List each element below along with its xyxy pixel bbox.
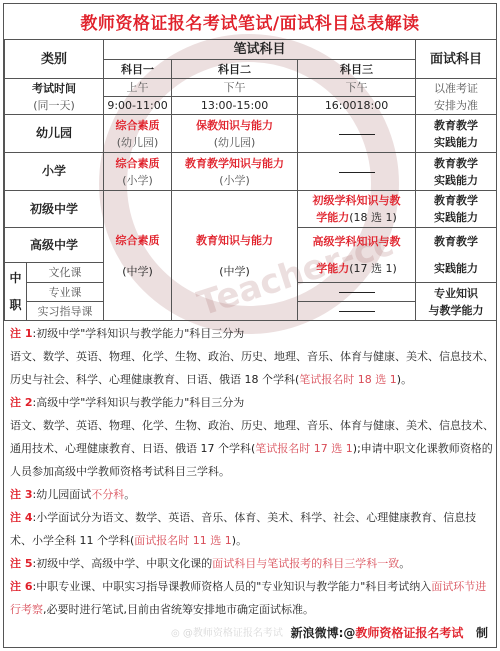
- s3-time: 16:0018:00: [298, 97, 416, 115]
- middle-s1: 综合素质 (中学): [104, 191, 172, 321]
- note-1-body: 语文、数学、英语、物理、化学、生物、政治、历史、地理、音乐、体育与健康、美术、信…: [10, 345, 494, 391]
- kindergarten-s1-sub: (幼儿园): [104, 134, 171, 151]
- note-3: 注 3:幼儿园面试不分科。: [10, 483, 494, 506]
- middle-s2-name: 教育知识与能力: [172, 232, 297, 249]
- vocational-practice-s3: [298, 302, 416, 321]
- note-5-after: 。: [399, 557, 410, 570]
- note-2: 注 2:高级中学"学科知识与教学能力"科目三分为: [10, 391, 494, 414]
- note-2-body: 语文、数学、英语、物理、化学、生物、政治、历史、地理、音乐、体育与健康、美术、信…: [10, 414, 494, 483]
- vocational-label-top: 中: [5, 270, 26, 287]
- interview-time-line2: 安排为准: [416, 97, 496, 114]
- note-5-red: 面试科目与笔试报考的科目三学科一致: [212, 557, 399, 570]
- header-subject3: 科目三: [298, 60, 416, 79]
- primary-s1: 综合素质 (小学): [104, 153, 172, 191]
- primary-s3: [298, 153, 416, 191]
- kindergarten-interview-line1: 教育教学: [416, 117, 496, 134]
- note-1-text2: 语文、数学、英语、物理、化学、生物、政治、历史、地理、音乐、体育与健康、美术、信…: [10, 350, 494, 386]
- header-category: 类别: [5, 40, 104, 79]
- vocational-interview-line1: 专业知识: [416, 285, 496, 302]
- s2-period: 下午: [172, 79, 298, 97]
- header-subject1: 科目一: [104, 60, 172, 79]
- header-interview: 面试科目: [416, 40, 497, 79]
- senior-s3-line1: 高级学科知识与教: [298, 233, 415, 250]
- senior-middle-label: 高级中学: [5, 228, 104, 263]
- note-3-red: 不分科: [91, 488, 124, 501]
- note-2-red: 笔试报名时 17 选 1: [255, 442, 353, 455]
- table-row-primary: 小学 综合素质 (小学) 教育教学知识与能力 (小学) 教育教学 实践能力: [5, 153, 497, 191]
- kindergarten-interview-line2: 实践能力: [416, 134, 496, 151]
- vocational-professional: 专业课: [27, 283, 104, 302]
- kindergarten-s1-name: 综合素质: [104, 117, 171, 134]
- middle-s1-sub: (中学): [104, 263, 171, 280]
- s2-time: 13:00-15:00: [172, 97, 298, 115]
- time-label-cell: 考试时间 (同一天): [5, 79, 104, 115]
- dash-none: [339, 134, 375, 135]
- header-written-group: 笔试科目: [104, 40, 416, 60]
- vocational-culture: 文化课: [27, 263, 104, 283]
- credit-account: 教师资格证报名考试: [355, 626, 463, 640]
- notes-section: 注 1:初级中学"学科知识与教学能力"科目三分为 语文、数学、英语、物理、化学、…: [10, 322, 494, 621]
- kindergarten-s2-sub: (幼儿园): [172, 134, 297, 151]
- note-1-text: :初级中学"学科知识与教学能力"科目三分为: [32, 327, 244, 340]
- s3-period: 下午: [298, 79, 416, 97]
- senior-middle-s3: 高级学科知识与教 学能力(17 选 1): [298, 228, 416, 283]
- vocational-label: 中 职: [5, 263, 27, 321]
- credit-line: 新浪微博:@教师资格证报名考试 制: [291, 624, 488, 641]
- vocational-label-bottom: 职: [5, 297, 26, 314]
- note-1-after: )。: [397, 373, 412, 386]
- note-3-text: :幼儿园面试: [32, 488, 91, 501]
- junior-middle-interview: 教育教学 实践能力: [416, 191, 497, 228]
- middle-s2: 教育知识与能力 (中学): [172, 191, 298, 321]
- note-5: 注 5:初级中学、高级中学、中职文化课的面试科目与笔试报考的科目三学科一致。: [10, 552, 494, 575]
- primary-interview: 教育教学 实践能力: [416, 153, 497, 191]
- vocational-interview-line2: 与教学能力: [416, 302, 496, 319]
- primary-interview-line2: 实践能力: [416, 172, 496, 189]
- senior-s3-line2-red: 学能力: [316, 262, 349, 275]
- senior-s3-line2-suffix: (17 选 1): [349, 262, 397, 275]
- subject-table: 类别 笔试科目 面试科目 科目一 科目二 科目三 考试时间 (同一天) 上午 下…: [4, 39, 497, 321]
- junior-s3-line2-suffix: (18 选 1): [349, 211, 397, 224]
- note-6: 注 6:中职专业课、中职实习指导课教师资格人员的"专业知识与教学能力"科目考试纳…: [10, 575, 494, 621]
- note-2-text: :高级中学"学科知识与教学能力"科目三分为: [32, 396, 244, 409]
- middle-s2-sub: (中学): [172, 263, 297, 280]
- table-row-junior-middle: 初级中学 综合素质 (中学) 教育知识与能力 (中学) 初级学科知识与教 学能力…: [5, 191, 497, 228]
- note-5-text: :初级中学、高级中学、中职文化课的: [32, 557, 212, 570]
- time-label: 考试时间: [5, 80, 103, 97]
- s1-period: 上午: [104, 79, 172, 97]
- weibo-icon: ◎: [171, 628, 180, 639]
- credit-suffix: 制: [476, 626, 488, 640]
- interview-time-cell: 以准考证 安排为准: [416, 79, 497, 115]
- note-2-label: 注 2: [10, 396, 32, 409]
- kindergarten-label: 幼儿园: [5, 115, 104, 153]
- kindergarten-interview: 教育教学 实践能力: [416, 115, 497, 153]
- middle-s1-name: 综合素质: [104, 232, 171, 249]
- note-1-label: 注 1: [10, 327, 32, 340]
- senior-interview-line2: 实践能力: [416, 260, 496, 277]
- primary-interview-line1: 教育教学: [416, 155, 496, 172]
- note-6-text: :中职专业课、中职实习指导课教师资格人员的"专业知识与教学能力"科目考试纳入: [32, 580, 431, 593]
- weibo-watermark: ◎ @教师资格证报名考试: [171, 624, 283, 639]
- junior-interview-line2: 实践能力: [416, 209, 496, 226]
- note-3-label: 注 3: [10, 488, 32, 501]
- table-row-kindergarten: 幼儿园 综合素质 (幼儿园) 保教知识与能力 (幼儿园) 教育教学 实践能力: [5, 115, 497, 153]
- document-frame: Teacher-cc 教师资格证报名考试笔试/面试科目总表解读 类别 笔试科目 …: [3, 3, 497, 648]
- vocational-interview: 专业知识 与教学能力: [416, 283, 497, 321]
- kindergarten-s1: 综合素质 (幼儿园): [104, 115, 172, 153]
- primary-label: 小学: [5, 153, 104, 191]
- primary-s1-sub: (小学): [104, 172, 171, 189]
- vocational-professional-s3: [298, 283, 416, 302]
- dash-none: [339, 292, 375, 293]
- credit-prefix: 新浪微博:@: [291, 626, 356, 640]
- note-1-red: 笔试报名时 18 选 1: [299, 373, 397, 386]
- primary-s1-name: 综合素质: [104, 155, 171, 172]
- time-sublabel: (同一天): [5, 97, 103, 114]
- weibo-watermark-text: @教师资格证报名考试: [183, 628, 283, 639]
- note-6-after: ,必要时进行笔试,目前由省统筹安排地市确定面试标准。: [43, 603, 314, 616]
- vocational-practice: 实习指导课: [27, 302, 104, 321]
- note-5-label: 注 5: [10, 557, 32, 570]
- dash-none: [339, 172, 375, 173]
- kindergarten-s2-name: 保教知识与能力: [172, 117, 297, 134]
- note-4-red: 面试报名时 11 选 1: [134, 534, 232, 547]
- dash-none: [339, 311, 375, 312]
- interview-time-line1: 以准考证: [416, 80, 496, 97]
- primary-s2-sub: (小学): [172, 172, 297, 189]
- primary-s2: 教育教学知识与能力 (小学): [172, 153, 298, 191]
- note-4: 注 4:小学面试分为语文、数学、英语、音乐、体育、美术、科学、社会、心理健康教育…: [10, 506, 494, 552]
- title-text: 教师资格证报名考试笔试/面试科目总表解读: [80, 9, 419, 34]
- note-3-after: 。: [124, 488, 135, 501]
- kindergarten-s3: [298, 115, 416, 153]
- junior-middle-s3: 初级学科知识与教 学能力(18 选 1): [298, 191, 416, 228]
- note-4-label: 注 4: [10, 511, 32, 524]
- kindergarten-s2: 保教知识与能力 (幼儿园): [172, 115, 298, 153]
- junior-interview-line1: 教育教学: [416, 192, 496, 209]
- page-title: 教师资格证报名考试笔试/面试科目总表解读: [4, 4, 496, 40]
- junior-middle-label: 初级中学: [5, 191, 104, 228]
- s1-time: 9:00-11:00: [104, 97, 172, 115]
- senior-interview-line1: 教育教学: [416, 233, 496, 250]
- note-6-label: 注 6: [10, 580, 32, 593]
- note-1: 注 1:初级中学"学科知识与教学能力"科目三分为: [10, 322, 494, 345]
- primary-s2-name: 教育教学知识与能力: [172, 155, 297, 172]
- junior-s3-line2-red: 学能力: [316, 211, 349, 224]
- note-4-after: )。: [232, 534, 247, 547]
- senior-middle-interview: 教育教学 实践能力: [416, 228, 497, 283]
- junior-s3-line1: 初级学科知识与教: [298, 192, 415, 209]
- header-subject2: 科目二: [172, 60, 298, 79]
